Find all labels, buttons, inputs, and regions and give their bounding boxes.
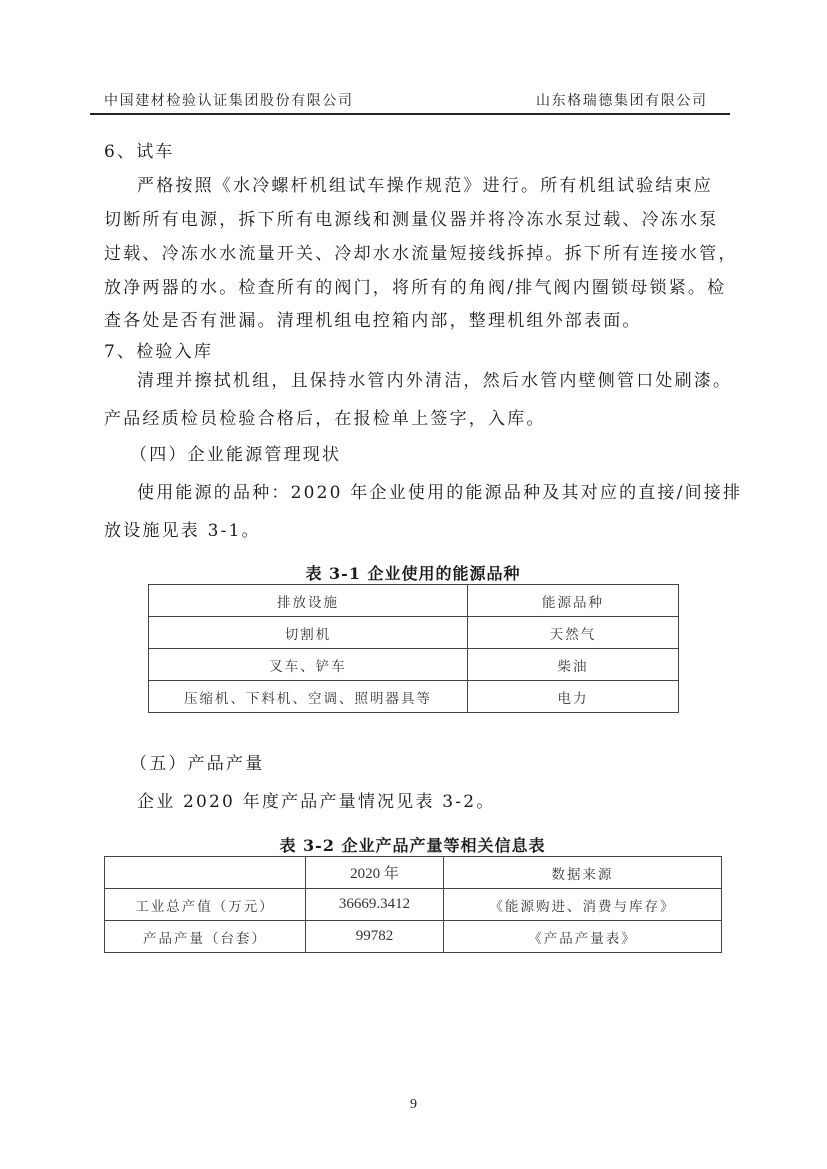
table-row: 切割机 天然气 [149, 617, 679, 649]
section-4-line: 使用能源的品种：2020 年企业使用的能源品种及其对应的直接/间接排 [137, 478, 742, 503]
section-4-title: （四）企业能源管理现状 [130, 440, 341, 465]
header-divider [90, 113, 730, 115]
section-7-title: 7、检验入库 [104, 337, 213, 362]
table-cell: 天然气 [468, 617, 679, 649]
table-1-caption: 表 3-1 企业使用的能源品种 [148, 561, 678, 584]
table-header-cell: 2020 年 [306, 857, 444, 889]
table-header-cell: 数据来源 [444, 857, 722, 889]
table-row: 压缩机、下料机、空调、照明器具等 电力 [149, 681, 679, 713]
table-cell: 工业总产值（万元） [105, 889, 306, 921]
table-cell: 压缩机、下料机、空调、照明器具等 [149, 681, 468, 713]
table-cell: 叉车、铲车 [149, 649, 468, 681]
section-6-line: 严格按照《水冷螺杆机组试车操作规范》进行。所有机组试验结束应 [137, 171, 713, 196]
table-cell: 36669.3412 [306, 889, 444, 921]
page-number: 9 [410, 1097, 417, 1113]
table-row: 产品产量（台套） 99782 《产品产量表》 [105, 921, 722, 953]
table-cell: 产品产量（台套） [105, 921, 306, 953]
table-production-info: 2020 年 数据来源 工业总产值（万元） 36669.3412 《能源购进、消… [104, 856, 722, 953]
table-header-cell: 排放设施 [149, 585, 468, 617]
table-cell: 柴油 [468, 649, 679, 681]
table-header-row: 排放设施 能源品种 [149, 585, 679, 617]
section-6-line: 放净两器的水。检查所有的阀门，将所有的角阀/排气阀内圈锁母锁紧。检 [104, 273, 726, 298]
header-left-org: 中国建材检验认证集团股份有限公司 [104, 90, 354, 110]
table-cell: 电力 [468, 681, 679, 713]
table-energy-types: 排放设施 能源品种 切割机 天然气 叉车、铲车 柴油 压缩机、下料机、空调、照明… [148, 584, 679, 713]
section-4-line: 放设施见表 3-1。 [104, 516, 261, 541]
section-6-line: 切断所有电源，拆下所有电源线和测量仪器并将冷冻水泵过载、冷冻水泵 [104, 205, 718, 230]
section-5-title: （五）产品产量 [130, 749, 264, 774]
section-7-line: 清理并擦拭机组，且保持水管内外清洁，然后水管内壁侧管口处刷漆。 [137, 366, 732, 391]
table-cell: 《能源购进、消费与库存》 [444, 889, 722, 921]
table-row: 工业总产值（万元） 36669.3412 《能源购进、消费与库存》 [105, 889, 722, 921]
section-5-line: 企业 2020 年度产品产量情况见表 3-2。 [137, 787, 495, 812]
table-cell: 《产品产量表》 [444, 921, 722, 953]
section-6-line: 过载、冷冻水水流量开关、冷却水水流量短接线拆掉。拆下所有连接水管， [104, 239, 738, 264]
table-header-cell [105, 857, 306, 889]
table-row: 叉车、铲车 柴油 [149, 649, 679, 681]
table-cell: 99782 [306, 921, 444, 953]
table-cell: 切割机 [149, 617, 468, 649]
section-7-line: 产品经质检员检验合格后，在报检单上签字，入库。 [104, 404, 546, 429]
section-6-title: 6、试车 [104, 137, 175, 162]
table-header-cell: 能源品种 [468, 585, 679, 617]
table-2-caption: 表 3-2 企业产品产量等相关信息表 [104, 833, 721, 856]
header-right-org: 山东格瑞德集团有限公司 [536, 90, 708, 110]
table-header-row: 2020 年 数据来源 [105, 857, 722, 889]
section-6-line: 查各处是否有泄漏。清理机组电控箱内部，整理机组外部表面。 [104, 306, 642, 331]
